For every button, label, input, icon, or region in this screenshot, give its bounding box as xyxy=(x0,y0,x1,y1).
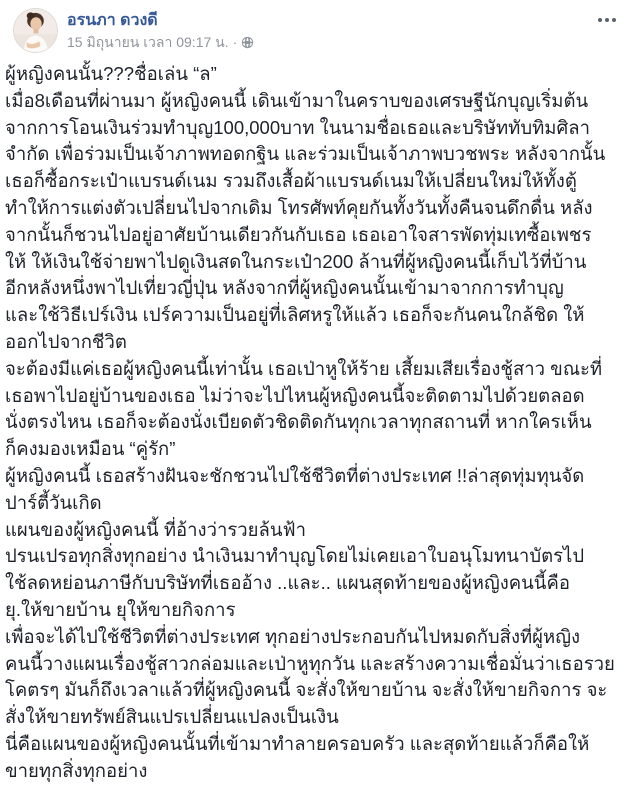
facebook-post: อรนภา ดวงดี 15 มิถุนายน เวลา 09:17 น. · … xyxy=(0,0,632,795)
ellipsis-menu-icon xyxy=(612,18,616,22)
meta-separator: · xyxy=(233,33,238,52)
globe-public-icon xyxy=(241,36,254,49)
post-meta: 15 มิถุนายน เวลา 09:17 น. · xyxy=(67,33,254,52)
ellipsis-menu-icon xyxy=(598,18,602,22)
post-content-text: ผู้หญิงคนนั้น???ชื่อเล่น “ล” เมื่อ8เดือน… xyxy=(0,55,632,795)
ellipsis-menu-icon xyxy=(605,18,609,22)
post-header: อรนภา ดวงดี 15 มิถุนายน เวลา 09:17 น. · xyxy=(0,0,632,55)
author-name-link[interactable]: อรนภา ดวงดี xyxy=(67,12,158,29)
avatar-image xyxy=(14,9,57,52)
timestamp[interactable]: 15 มิถุนายน เวลา 09:17 น. xyxy=(67,33,229,52)
avatar[interactable] xyxy=(13,8,58,53)
post-options-menu-button[interactable] xyxy=(596,14,618,26)
header-text: อรนภา ดวงดี 15 มิถุนายน เวลา 09:17 น. · xyxy=(67,8,254,52)
